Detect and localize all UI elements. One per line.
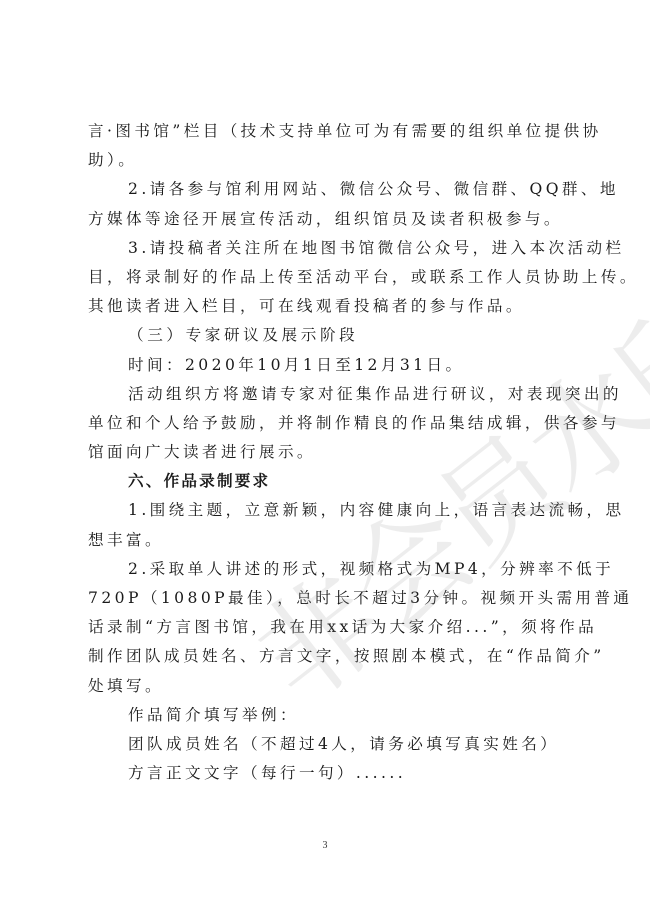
paragraph-start: 活动组织方将邀请专家对征集作品进行研议，对表现突出的	[88, 380, 570, 409]
page-number: 3	[319, 840, 331, 851]
text-line: 言·图书馆”栏目（技术支持单位可为有需要的组织单位提供协	[88, 117, 570, 146]
example-intro: 作品简介填写举例：	[88, 701, 570, 730]
example-team-members: 团队成员姓名（不超过4人，请务必填写真实姓名）	[88, 730, 570, 759]
text-line: 方媒体等途径开展宣传活动，组织馆员及读者积极参与。	[88, 205, 570, 234]
text-line: 其他读者进入栏目，可在线观看投稿者的参与作品。	[88, 292, 570, 321]
text-line: 单位和个人给予鼓励，并将制作精良的作品集结成辑，供各参与	[88, 409, 570, 438]
section-heading-recording-requirements: 六、作品录制要求	[88, 467, 570, 496]
time-range-text: 时间：2020年10月1日至12月31日。	[88, 351, 570, 380]
text-line: 助）。	[88, 146, 570, 175]
example-dialect-text: 方言正文文字（每行一句）......	[88, 759, 570, 788]
section-subheading-expert-review: （三）专家研议及展示阶段	[88, 321, 570, 350]
text-line: 720P（1080P最佳），总时长不超过3分钟。视频开头需用普通	[88, 584, 570, 613]
document-body: 言·图书馆”栏目（技术支持单位可为有需要的组织单位提供协 助）。 2.请各参与馆…	[88, 117, 570, 788]
list-item-2-format: 2.采取单人讲述的形式，视频格式为MP4，分辨率不低于	[88, 555, 570, 584]
list-item-1-theme: 1.围绕主题，立意新颖，内容健康向上，语言表达流畅，思	[88, 496, 570, 525]
text-line: 处填写。	[88, 672, 570, 701]
list-item-3-submission: 3.请投稿者关注所在地图书馆微信公众号，进入本次活动栏	[88, 234, 570, 263]
text-line: 话录制“方言图书馆，我在用xx话为大家介绍...”，须将作品	[88, 613, 570, 642]
document-page: 言·图书馆”栏目（技术支持单位可为有需要的组织单位提供协 助）。 2.请各参与馆…	[0, 0, 650, 919]
text-line: 制作团队成员姓名、方言文字，按照剧本模式，在“作品简介”	[88, 642, 570, 671]
text-line: 想丰富。	[88, 526, 570, 555]
list-item-2-promotion: 2.请各参与馆利用网站、微信公众号、微信群、QQ群、地	[88, 175, 570, 204]
text-line: 目，将录制好的作品上传至活动平台，或联系工作人员协助上传。	[88, 263, 570, 292]
text-line: 馆面向广大读者进行展示。	[88, 438, 570, 467]
